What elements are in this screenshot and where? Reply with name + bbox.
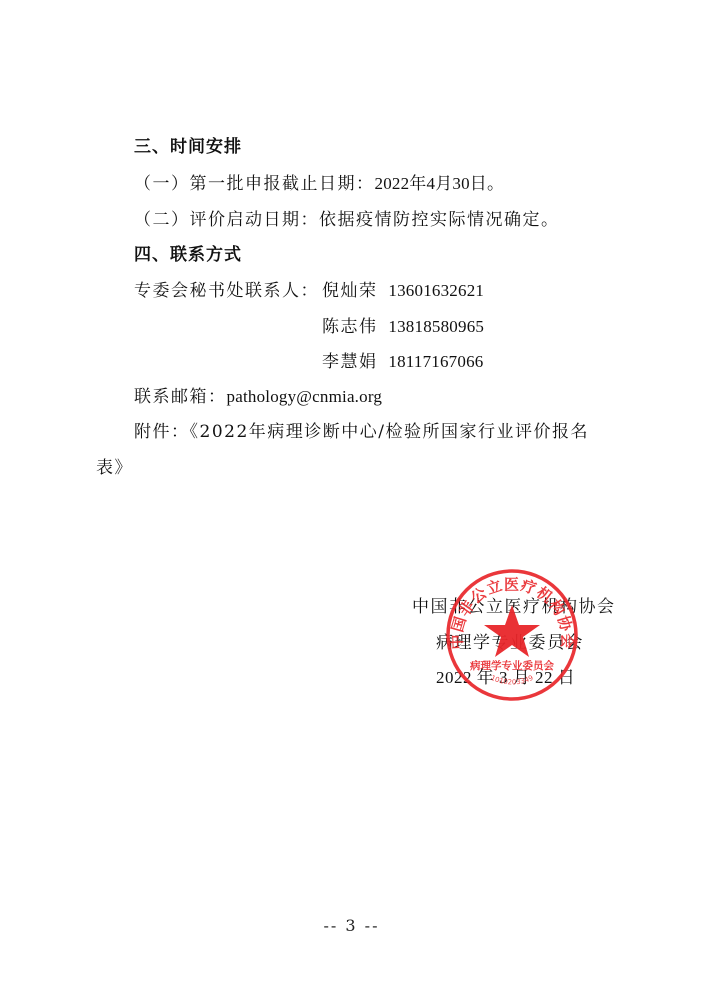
deadline-line: （一）第一批申报截止日期：2022年4月30日。 xyxy=(134,174,504,194)
signature-date: 2022 年 3 月 22 日 xyxy=(436,668,575,688)
deadline-label: （一）第一批申报截止日期： xyxy=(134,174,375,194)
contact-row: 陈志伟 13818580965 xyxy=(322,317,484,337)
document-page: 三、时间安排 （一）第一批申报截止日期：2022年4月30日。 （二）评价启动日… xyxy=(0,0,703,994)
contact-name: 陈志伟 xyxy=(322,317,378,337)
contact-phone: 13818580965 xyxy=(388,317,484,336)
contact-phone: 18117167066 xyxy=(388,352,483,371)
email-link[interactable]: pathology@cnmia.org xyxy=(227,387,383,406)
contacts-label: 专委会秘书处联系人： xyxy=(134,281,319,301)
section-4-heading: 四、联系方式 xyxy=(134,245,242,265)
start-date-line: （二）评价启动日期：依据疫情防控实际情况确定。 xyxy=(134,210,560,230)
page-number: -- 3 -- xyxy=(0,916,703,936)
email-line: 联系邮箱：pathology@cnmia.org xyxy=(134,387,382,407)
start-date-label: （二）评价启动日期： xyxy=(134,210,319,230)
contact-row: 李慧娟 18117167066 xyxy=(322,352,483,372)
signature-org: 中国非公立医疗机构协会 xyxy=(412,597,616,617)
contact-name: 李慧娟 xyxy=(322,352,378,372)
contact-phone: 13601632621 xyxy=(388,281,484,300)
signature-committee: 病理学专业委员会 xyxy=(436,633,584,653)
attachment-line-1: 附件：《2022年病理诊断中心/检验所国家行业评价报名 xyxy=(134,422,589,442)
attachment-line-2: 表》 xyxy=(96,458,133,478)
contact-name: 倪灿荣 xyxy=(322,281,378,301)
deadline-value: 2022年4月30日。 xyxy=(375,174,505,193)
email-label: 联系邮箱： xyxy=(134,387,227,407)
start-date-value: 依据疫情防控实际情况确定。 xyxy=(319,210,560,230)
section-3-heading: 三、时间安排 xyxy=(134,137,242,157)
contact-row: 倪灿荣 13601632621 xyxy=(322,281,484,301)
